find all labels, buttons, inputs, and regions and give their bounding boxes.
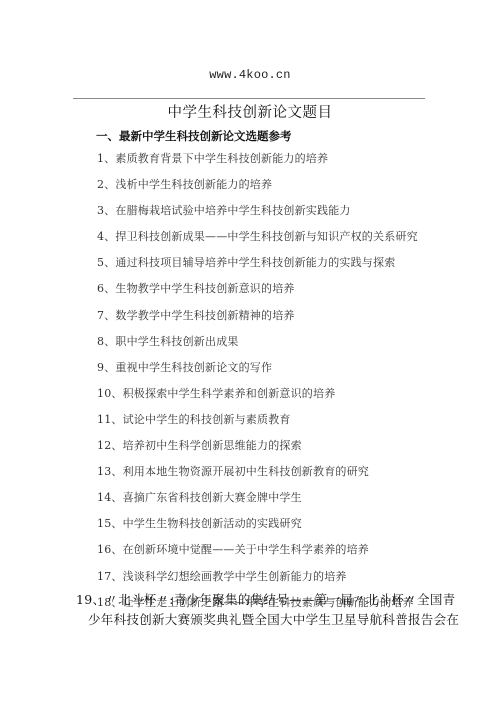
topic-number: 12、 xyxy=(97,439,123,452)
topic-text: 生物教学中学生科技创新意识的培养 xyxy=(115,282,294,295)
topic-text: 数学教学中学生科技创新精神的培养 xyxy=(115,309,294,322)
topic-item: 4、捍卫科技创新成果——中学生科技创新与知识产权的关系研究 xyxy=(97,228,418,254)
topic-item: 5、通过科技项目辅导培养中学生科技创新能力的实践与探索 xyxy=(97,254,418,280)
topic-item: 15、中学生生物科技创新活动的实践研究 xyxy=(97,515,418,541)
topic-item: 13、利用本地生物资源开展初中生科技创新教育的研究 xyxy=(97,463,418,489)
topic-item: 9、重视中学生科技创新论文的写作 xyxy=(97,359,418,385)
document-page: www.4koo.cn 中学生科技创新论文题目 一、最新中学生科技创新论文选题参… xyxy=(0,0,500,707)
topic-text: 在创新环境中觉醒——关于中学生科学素养的培养 xyxy=(123,543,369,556)
topic-item-19: 19、〃北斗杯〃:青少年聚集的集结号——第一届〃北斗杯〃全国青 少年科技创新大赛… xyxy=(76,590,426,630)
topic-text: 素质教育背景下中学生科技创新能力的培养 xyxy=(115,152,328,165)
topic-number: 9、 xyxy=(97,361,115,374)
topic-number: 4、 xyxy=(97,230,115,243)
topic-list: 1、素质教育背景下中学生科技创新能力的培养 2、浅析中学生科技创新能力的培养 3… xyxy=(97,150,418,620)
topic-item: 12、培养初中生科学创新思维能力的探索 xyxy=(97,437,418,463)
topic-text: 职中学生科技创新出成果 xyxy=(115,335,238,348)
topic-19-line-2: 少年科技创新大赛颁奖典礼暨全国大中学生卫星导航科普报告会在 xyxy=(76,610,426,630)
topic-number: 13、 xyxy=(97,465,123,478)
topic-number: 16、 xyxy=(97,543,123,556)
topic-number: 17、 xyxy=(97,570,123,583)
topic-item: 3、在腊梅栽培试验中培养中学生科技创新实践能力 xyxy=(97,202,418,228)
topic-number: 14、 xyxy=(97,491,123,504)
topic-text: 重视中学生科技创新论文的写作 xyxy=(115,361,272,374)
topic-item: 1、素质教育背景下中学生科技创新能力的培养 xyxy=(97,150,418,176)
topic-number: 11、 xyxy=(97,413,123,426)
topic-number: 3、 xyxy=(97,204,115,217)
topic-text: 捍卫科技创新成果——中学生科技创新与知识产权的关系研究 xyxy=(115,230,417,243)
topic-19-line-1: 19、〃北斗杯〃:青少年聚集的集结号——第一届〃北斗杯〃全国青 xyxy=(76,590,426,610)
topic-text: 通过科技项目辅导培养中学生科技创新能力的实践与探索 xyxy=(115,256,395,269)
topic-item: 11、试论中学生的科技创新与素质教育 xyxy=(97,411,418,437)
topic-item: 14、喜摘广东省科技创新大赛金牌中学生 xyxy=(97,489,418,515)
topic-number: 7、 xyxy=(97,309,115,322)
topic-item: 10、积极探索中学生科学素养和创新意识的培养 xyxy=(97,385,418,411)
topic-item: 8、职中学生科技创新出成果 xyxy=(97,333,418,359)
topic-number: 5、 xyxy=(97,256,115,269)
topic-text: 积极探索中学生科学素养和创新意识的培养 xyxy=(123,387,336,400)
topic-item: 2、浅析中学生科技创新能力的培养 xyxy=(97,176,418,202)
site-url-header: www.4koo.cn xyxy=(0,68,500,82)
topic-text: 浅谈科学幻想绘画教学中学生创新能力的培养 xyxy=(123,570,347,583)
header-divider xyxy=(73,98,425,99)
topic-number: 10、 xyxy=(97,387,123,400)
section-heading: 一、最新中学生科技创新论文选题参考 xyxy=(96,128,292,144)
topic-number: 6、 xyxy=(97,282,115,295)
topic-item: 16、在创新环境中觉醒——关于中学生科学素养的培养 xyxy=(97,541,418,567)
topic-item: 6、生物教学中学生科技创新意识的培养 xyxy=(97,280,418,306)
topic-text: 利用本地生物资源开展初中生科技创新教育的研究 xyxy=(123,465,369,478)
topic-text: 试论中学生的科技创新与素质教育 xyxy=(123,413,291,426)
topic-text: 在腊梅栽培试验中培养中学生科技创新实践能力 xyxy=(115,204,350,217)
topic-number: 8、 xyxy=(97,335,115,348)
topic-text: 喜摘广东省科技创新大赛金牌中学生 xyxy=(123,491,302,504)
topic-item: 7、数学教学中学生科技创新精神的培养 xyxy=(97,307,418,333)
document-title: 中学生科技创新论文题目 xyxy=(0,101,500,122)
topic-text: 培养初中生科学创新思维能力的探索 xyxy=(123,439,302,452)
topic-text: 浅析中学生科技创新能力的培养 xyxy=(115,178,272,191)
topic-text: 中学生生物科技创新活动的实践研究 xyxy=(123,517,302,530)
topic-number: 2、 xyxy=(97,178,115,191)
topic-number: 15、 xyxy=(97,517,123,530)
topic-number: 1、 xyxy=(97,152,115,165)
